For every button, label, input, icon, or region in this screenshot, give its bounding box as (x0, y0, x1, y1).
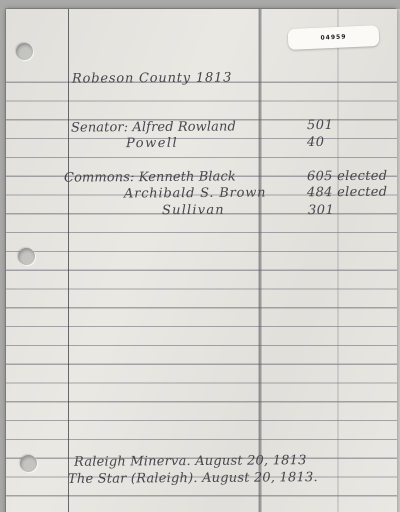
margin-rule-line (68, 9, 69, 512)
result-sullivan-votes: 301 (308, 204, 334, 217)
result-black-candidate: Commons: Kenneth Black (64, 170, 236, 184)
result-senator-candidate: Senator: Alfred Rowland (71, 120, 236, 134)
result-brown-candidate: Archibald S. Brown (124, 187, 266, 201)
punch-hole-middle (18, 248, 35, 265)
source-citation-2: The Star (Raleigh). August 20, 1813. (68, 471, 318, 486)
source-citation-1: Raleigh Minerva. August 20, 1813 (74, 454, 307, 469)
scanned-document: 04959 Robeson County 1813 Senator: Alfre… (0, 0, 400, 512)
punch-hole-top (16, 43, 33, 60)
result-powell-candidate: Powell (126, 137, 178, 150)
result-brown-votes: 484 elected (307, 186, 387, 200)
barcode-sticker: 04959 (288, 25, 380, 50)
fold-crease-light (337, 9, 339, 512)
result-black-votes: 605 elected (307, 170, 387, 184)
result-senator-votes: 501 (307, 119, 333, 132)
punch-hole-bottom (20, 455, 37, 472)
result-powell-votes: 40 (307, 136, 325, 149)
result-sullivan-candidate: Sullivan (162, 204, 225, 217)
fold-crease-dark (258, 9, 262, 512)
page-title: Robeson County 1813 (72, 71, 232, 85)
sticker-number: 04959 (320, 33, 346, 41)
